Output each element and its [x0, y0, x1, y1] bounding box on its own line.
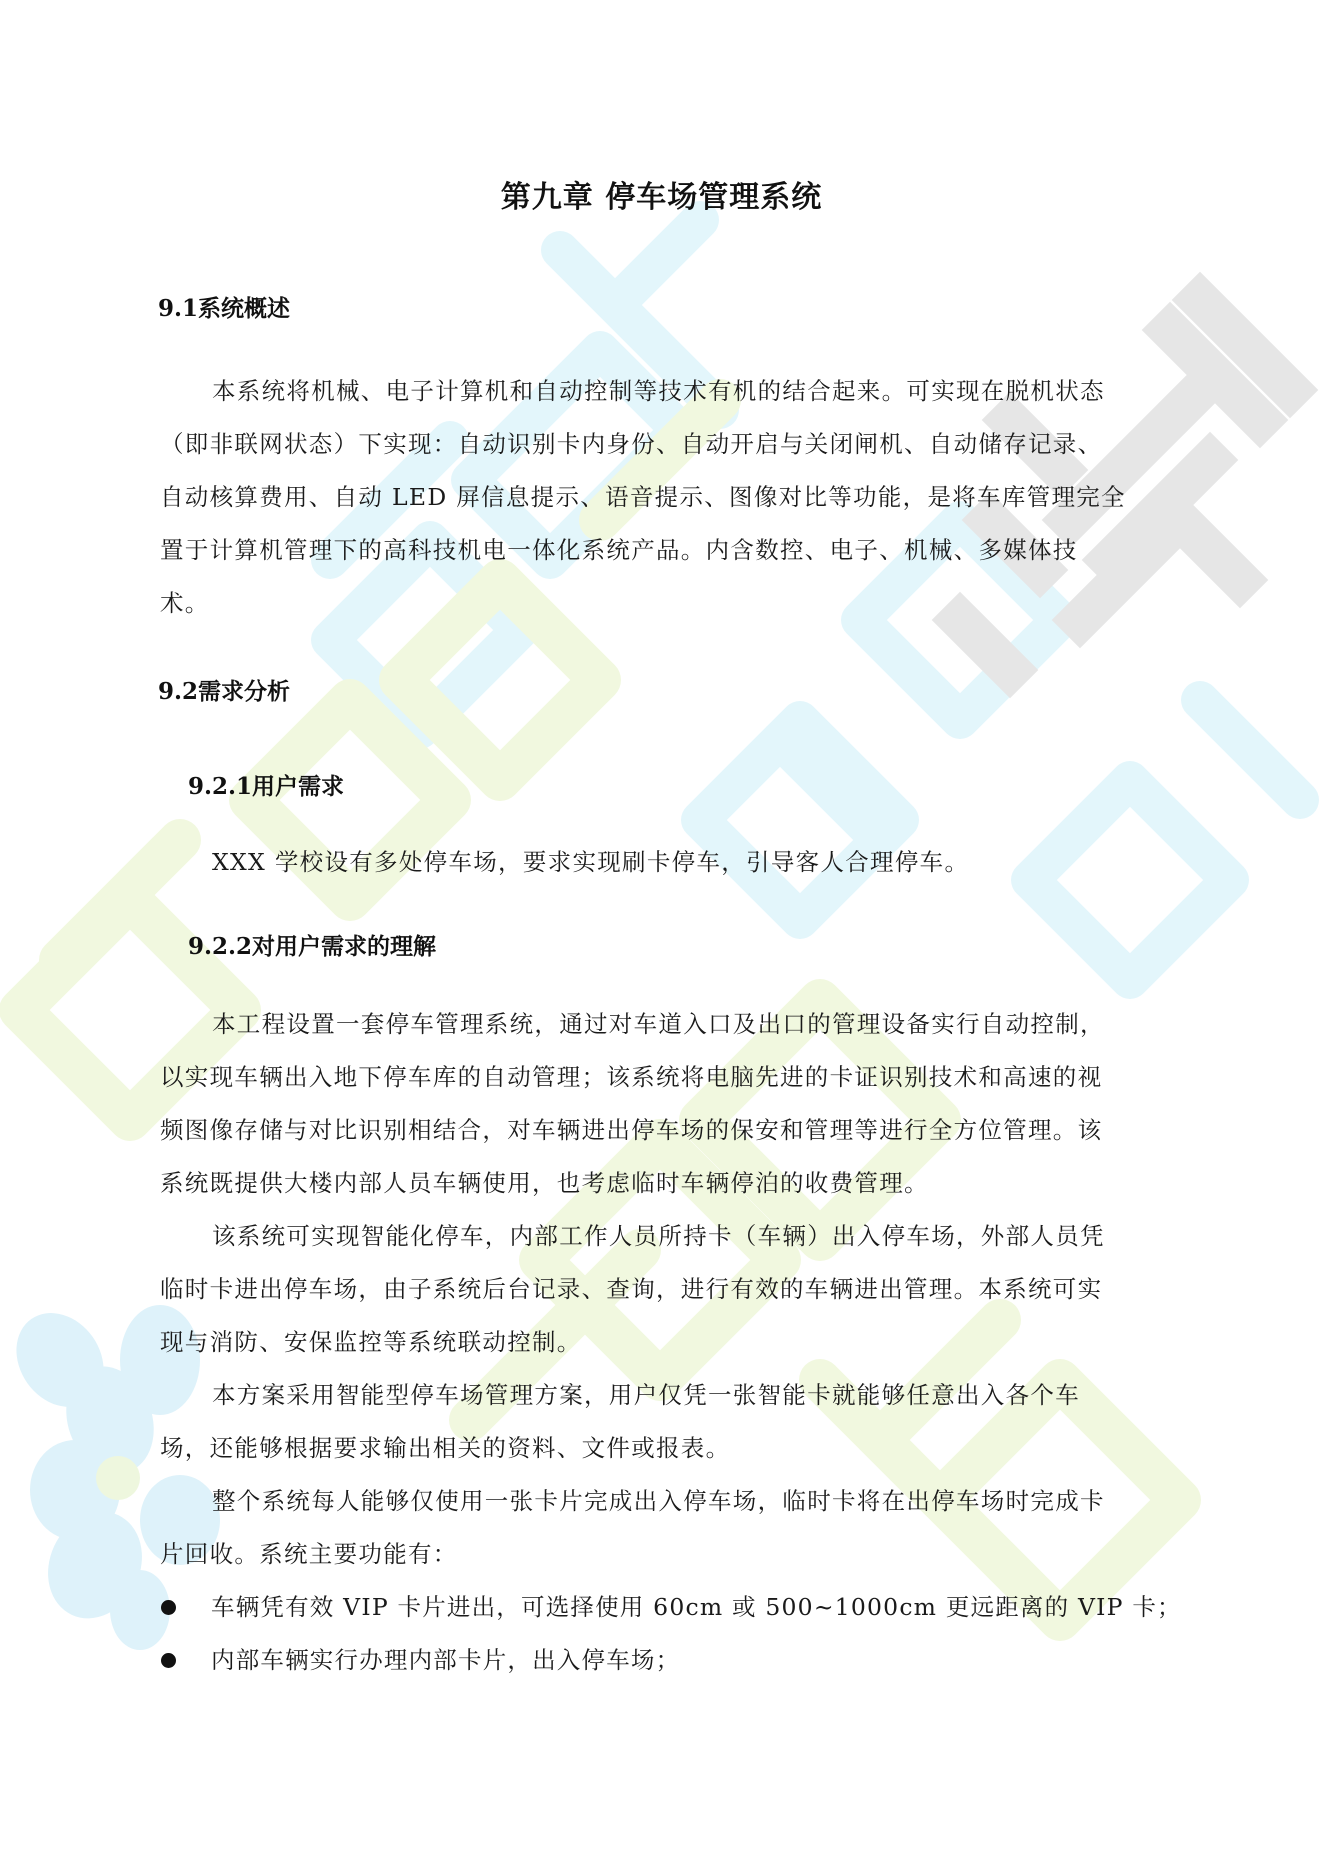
section-heading-9-1: 9.1系统概述 [158, 290, 290, 323]
text-line: 现与消防、安保监控等系统联动控制。 [160, 1316, 1200, 1369]
bullet-icon [161, 1600, 176, 1615]
text-line: 临时卡进出停车场，由子系统后台记录、查询，进行有效的车辆进出管理。本系统可实 [160, 1263, 1200, 1316]
text-line: 系统既提供大楼内部人员车辆使用，也考虑临时车辆停泊的收费管理。 [160, 1157, 1200, 1210]
text-line: 该系统可实现智能化停车，内部工作人员所持卡（车辆）出入停车场，外部人员凭 [160, 1210, 1200, 1263]
text-line: XXX 学校设有多处停车场，要求实现刷卡停车，引导客人合理停车。 [160, 836, 1200, 889]
text-line: 自动核算费用、自动 LED 屏信息提示、语音提示、图像对比等功能，是将车库管理完… [160, 471, 1200, 524]
list-item: 内部车辆实行办理内部卡片，出入停车场； [158, 1634, 1198, 1687]
text-line: 置于计算机管理下的高科技机电一体化系统产品。内含数控、电子、机械、多媒体技 [160, 524, 1200, 577]
section-9-1-paragraph: 本系统将机械、电子计算机和自动控制等技术有机的结合起来。可实现在脱机状态 （即非… [160, 365, 1200, 630]
list-item: 车辆凭有效 VIP 卡片进出，可选择使用 60cm 或 500~1000cm 更… [158, 1581, 1198, 1634]
subsection-heading-9-2-1: 9.2.1用户需求 [188, 768, 344, 801]
text-line: 术。 [160, 577, 1200, 630]
subsection-9-2-2-paragraph-2: 该系统可实现智能化停车，内部工作人员所持卡（车辆）出入停车场，外部人员凭 临时卡… [160, 1210, 1200, 1369]
chapter-title: 第九章 停车场管理系统 [0, 172, 1323, 216]
text-line: 本方案采用智能型停车场管理方案，用户仅凭一张智能卡就能够任意出入各个车 [160, 1369, 1200, 1422]
document-page: 第九章 停车场管理系统 9.1系统概述 本系统将机械、电子计算机和自动控制等技术… [0, 0, 1323, 1871]
feature-list: 车辆凭有效 VIP 卡片进出，可选择使用 60cm 或 500~1000cm 更… [158, 1581, 1198, 1687]
text-line: （即非联网状态）下实现：自动识别卡内身份、自动开启与关闭闸机、自动储存记录、 [160, 418, 1200, 471]
text-line: 片回收。系统主要功能有： [160, 1528, 1200, 1581]
text-line: 以实现车辆出入地下停车库的自动管理；该系统将电脑先进的卡证识别技术和高速的视 [160, 1051, 1200, 1104]
text-line: 本工程设置一套停车管理系统，通过对车道入口及出口的管理设备实行自动控制， [160, 998, 1200, 1051]
section-heading-9-2: 9.2需求分析 [158, 673, 290, 706]
subsection-heading-9-2-2: 9.2.2对用户需求的理解 [188, 928, 436, 961]
text-line: 整个系统每人能够仅使用一张卡片完成出入停车场，临时卡将在出停车场时完成卡 [160, 1475, 1200, 1528]
text-line: 频图像存储与对比识别相结合，对车辆进出停车场的保安和管理等进行全方位管理。该 [160, 1104, 1200, 1157]
text-line: 本系统将机械、电子计算机和自动控制等技术有机的结合起来。可实现在脱机状态 [160, 365, 1200, 418]
subsection-9-2-2-paragraph-4: 整个系统每人能够仅使用一张卡片完成出入停车场，临时卡将在出停车场时完成卡 片回收… [160, 1475, 1200, 1581]
list-item-text: 车辆凭有效 VIP 卡片进出，可选择使用 60cm 或 500~1000cm 更… [211, 1593, 1182, 1621]
subsection-9-2-2-paragraph-3: 本方案采用智能型停车场管理方案，用户仅凭一张智能卡就能够任意出入各个车 场，还能… [160, 1369, 1200, 1475]
list-item-text: 内部车辆实行办理内部卡片，出入停车场； [211, 1646, 680, 1674]
subsection-9-2-2-paragraph-1: 本工程设置一套停车管理系统，通过对车道入口及出口的管理设备实行自动控制， 以实现… [160, 998, 1200, 1210]
bullet-icon [161, 1653, 176, 1668]
text-line: 场，还能够根据要求输出相关的资料、文件或报表。 [160, 1422, 1200, 1475]
subsection-9-2-1-paragraph: XXX 学校设有多处停车场，要求实现刷卡停车，引导客人合理停车。 [160, 836, 1200, 889]
